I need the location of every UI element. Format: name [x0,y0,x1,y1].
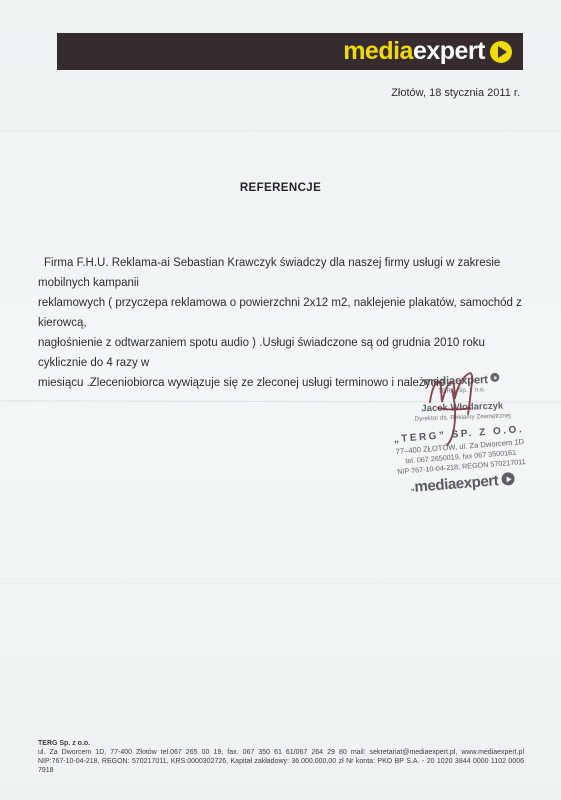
document-title: REFERENCJE [0,182,561,194]
paragraph-line: nagłośnienie z odtwarzaniem spotu audio … [38,333,528,373]
stamp-logo-media: media [423,375,455,388]
stamp-logo-expert: expert [455,472,499,492]
logo-wordmark: mediaexpert [343,39,485,64]
paper-crease [0,583,561,584]
footer-registry-line: NIP:767-10-04-218, REGON: 570217011, KRS… [38,757,524,775]
footer-company: TERG Sp. z o.o. [38,739,524,748]
paragraph-line: Firma F.H.U. Reklama-ai Sebastian Krawcz… [38,253,528,293]
paragraph-line: reklamowych ( przyczepa reklamowa o powi… [38,293,528,333]
play-circle-icon [501,472,515,486]
footer-contact-line: ul. Za Dworcem 1D, 77-400 Złotów tel.067… [38,748,524,757]
scanned-reference-letter: mediaexpert Złotów, 18 stycznia 2011 r. … [0,0,561,800]
document-date: Złotów, 18 stycznia 2011 r. [391,87,520,99]
paper-crease [0,130,561,131]
logo-word-expert: expert [413,37,485,65]
play-circle-icon [490,373,499,382]
logo-word-media: media [343,37,413,65]
mediaexpert-logo: mediaexpert [343,39,512,64]
stamp-logo-media: media [414,476,457,496]
company-stamp: „TERG” SP. Z O.O. 77–400 ZŁOTÓW, ul. Za … [375,423,547,499]
reference-paragraph: Firma F.H.U. Reklama-ai Sebastian Krawcz… [38,253,528,393]
letterhead-footer: TERG Sp. z o.o. ul. Za Dworcem 1D, 77-40… [38,739,524,775]
signer-stamp: mediaexpert TERG Sp. z o.o. Jacek Włodar… [400,372,524,423]
play-circle-icon [490,41,512,63]
header-brand-bar: mediaexpert [57,33,523,70]
